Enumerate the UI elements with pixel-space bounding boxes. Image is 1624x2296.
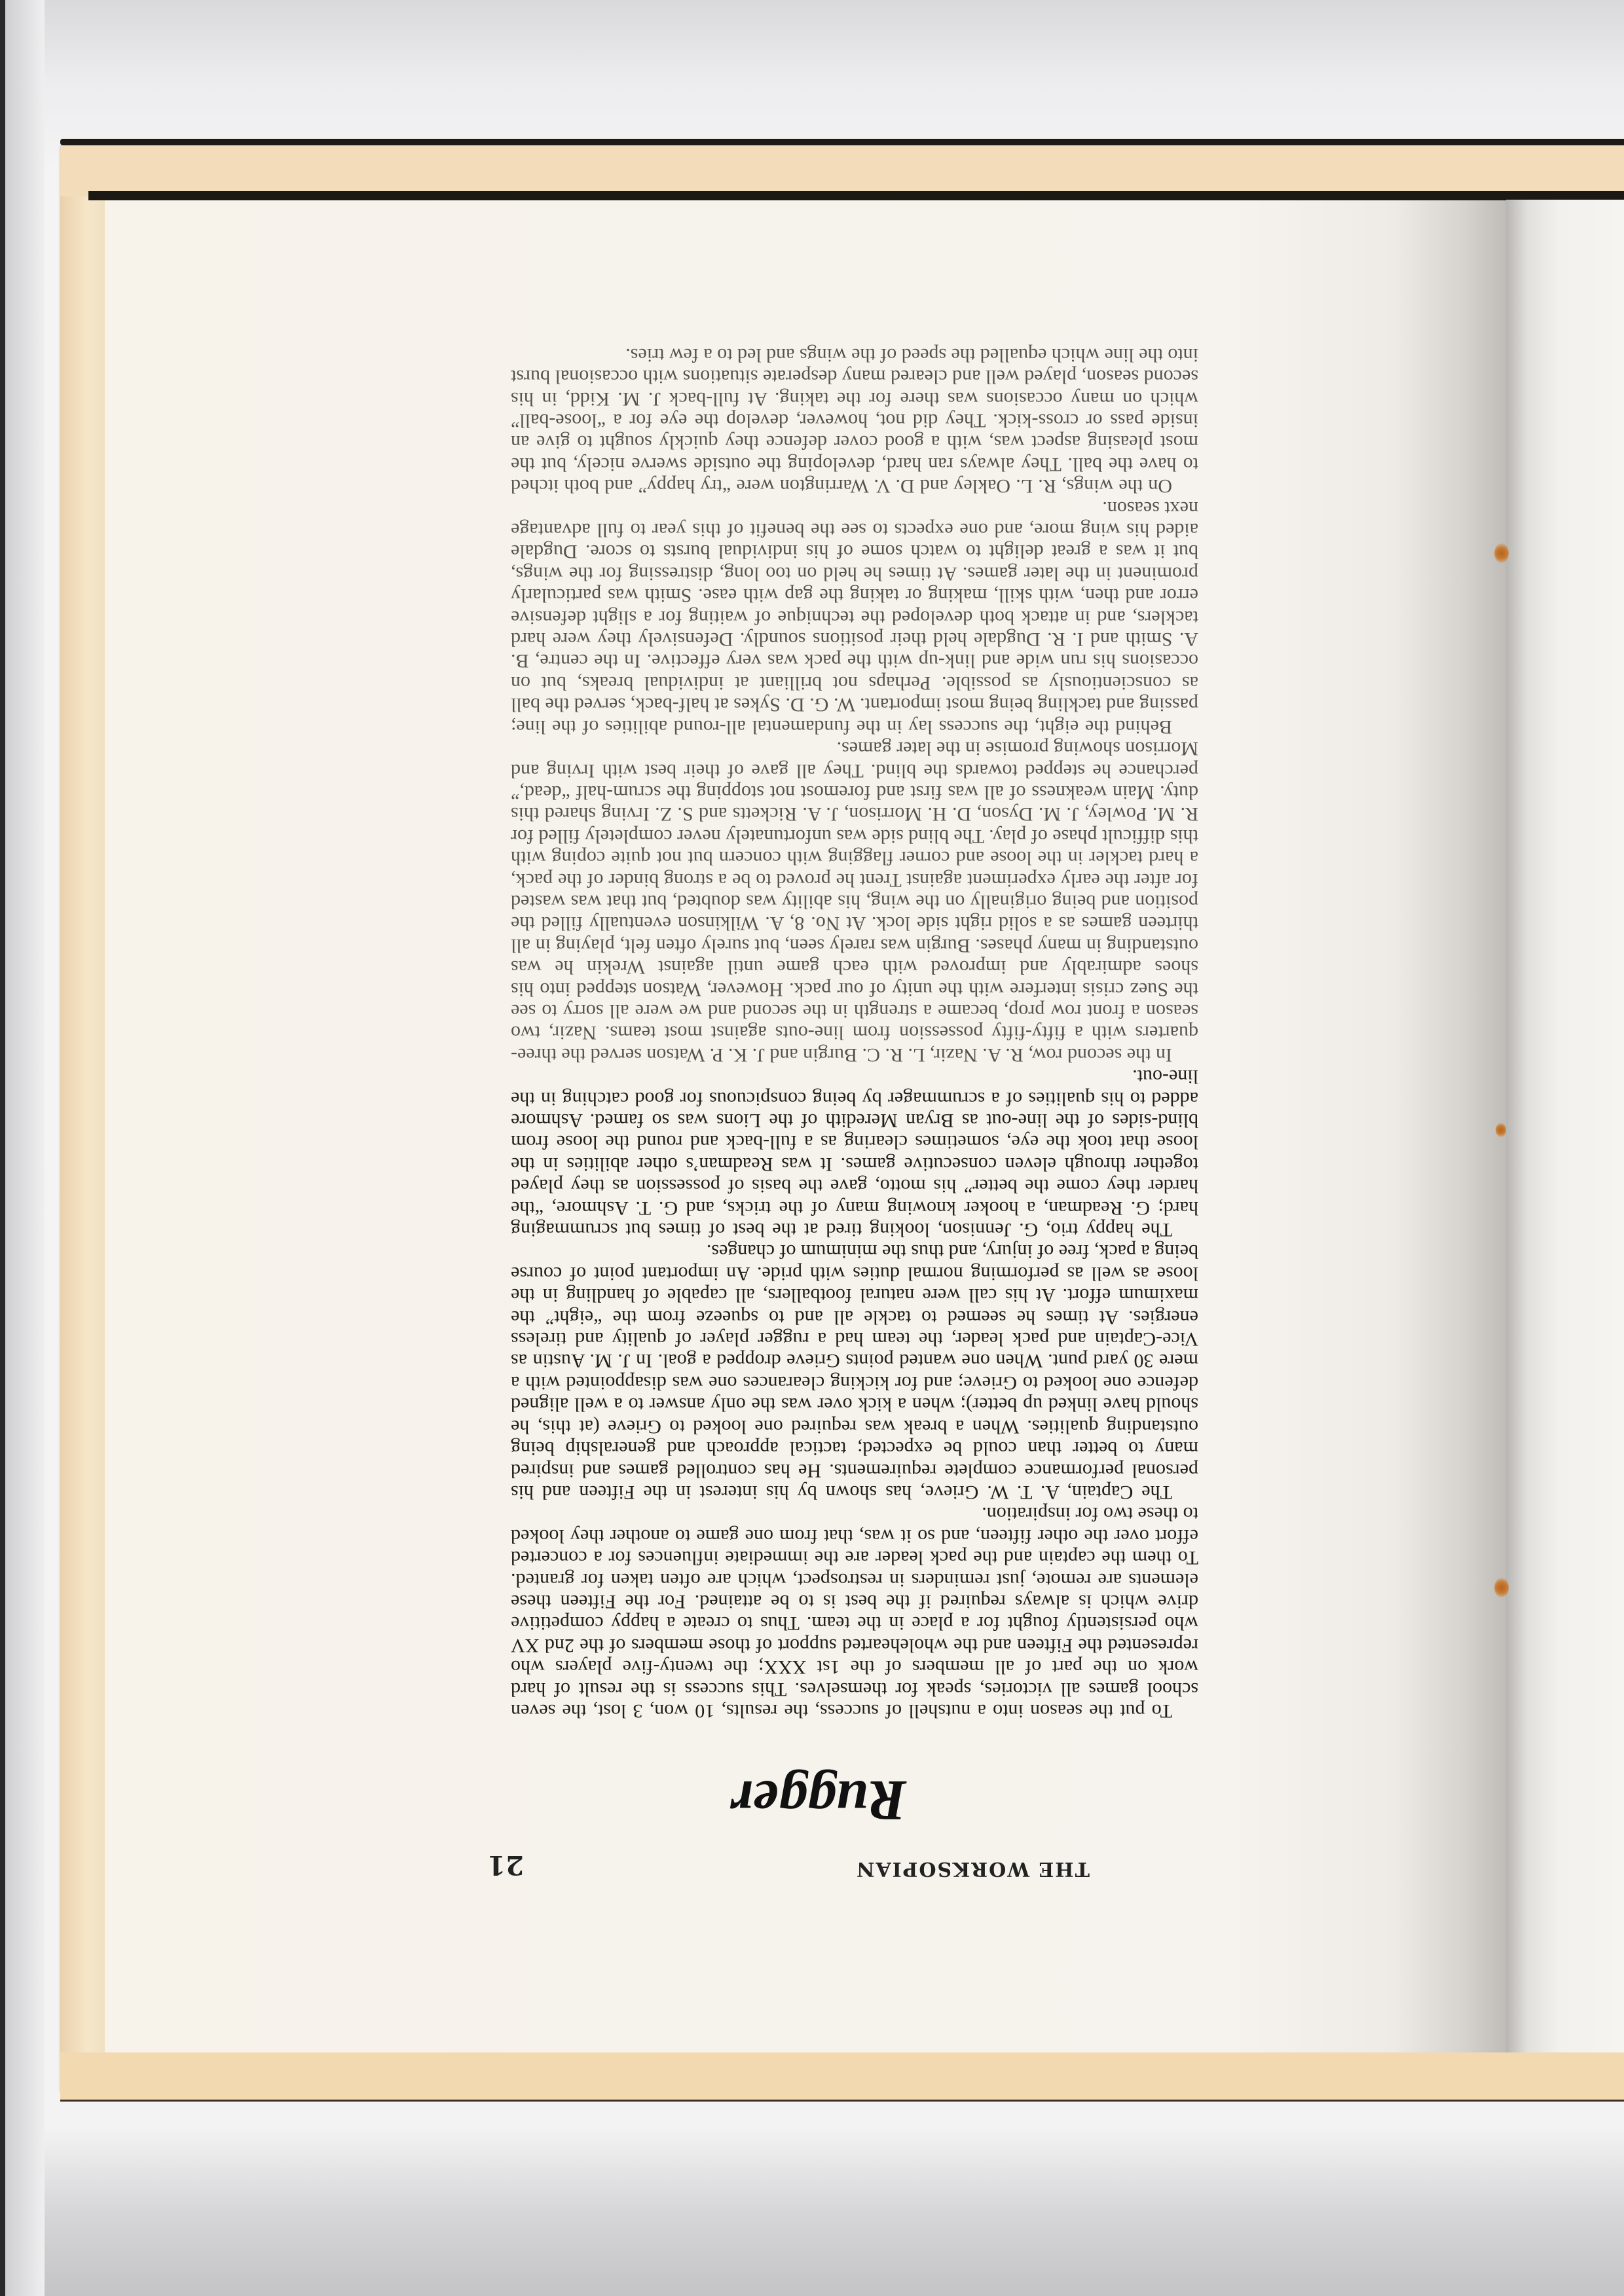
paragraph: In the second row, R. A. Nazir, L. R. C.…: [511, 738, 1198, 1066]
article-body: To put the season into a nutshell of suc…: [511, 344, 1198, 1722]
paragraph: On the wings, R. L. Oakley and D. V. War…: [511, 344, 1198, 497]
paragraph: To put the season into a nutshell of suc…: [511, 1503, 1198, 1722]
paragraph: The Captain, A. T. W. Grieve, has shown …: [511, 1241, 1198, 1503]
publication-title: THE WORKSOPIAN: [819, 1857, 1126, 1880]
page-number: 21: [487, 1850, 524, 1880]
binder-spine-strip: [60, 196, 106, 2062]
article-title: Rugger: [118, 1767, 1519, 1833]
adjacent-page-gutter: [1506, 200, 1624, 2052]
running-head: THE WORKSOPIAN 21: [105, 1854, 1506, 1880]
paragraph: Behind the eight, the success lay in the…: [511, 497, 1198, 737]
scanner-edge: [0, 0, 5, 2296]
paragraph: The happy trio, G. Jennison, looking tir…: [511, 1066, 1198, 1241]
binder-top-edge: [60, 139, 1624, 145]
scanner-shadow: [5, 0, 45, 2296]
binder-bottom-edge: [60, 2052, 1624, 2102]
page-top-shadow: [88, 191, 1624, 200]
rotated-page-content: THE WORKSOPIAN 21 Rugger To put the seas…: [105, 200, 1506, 2052]
